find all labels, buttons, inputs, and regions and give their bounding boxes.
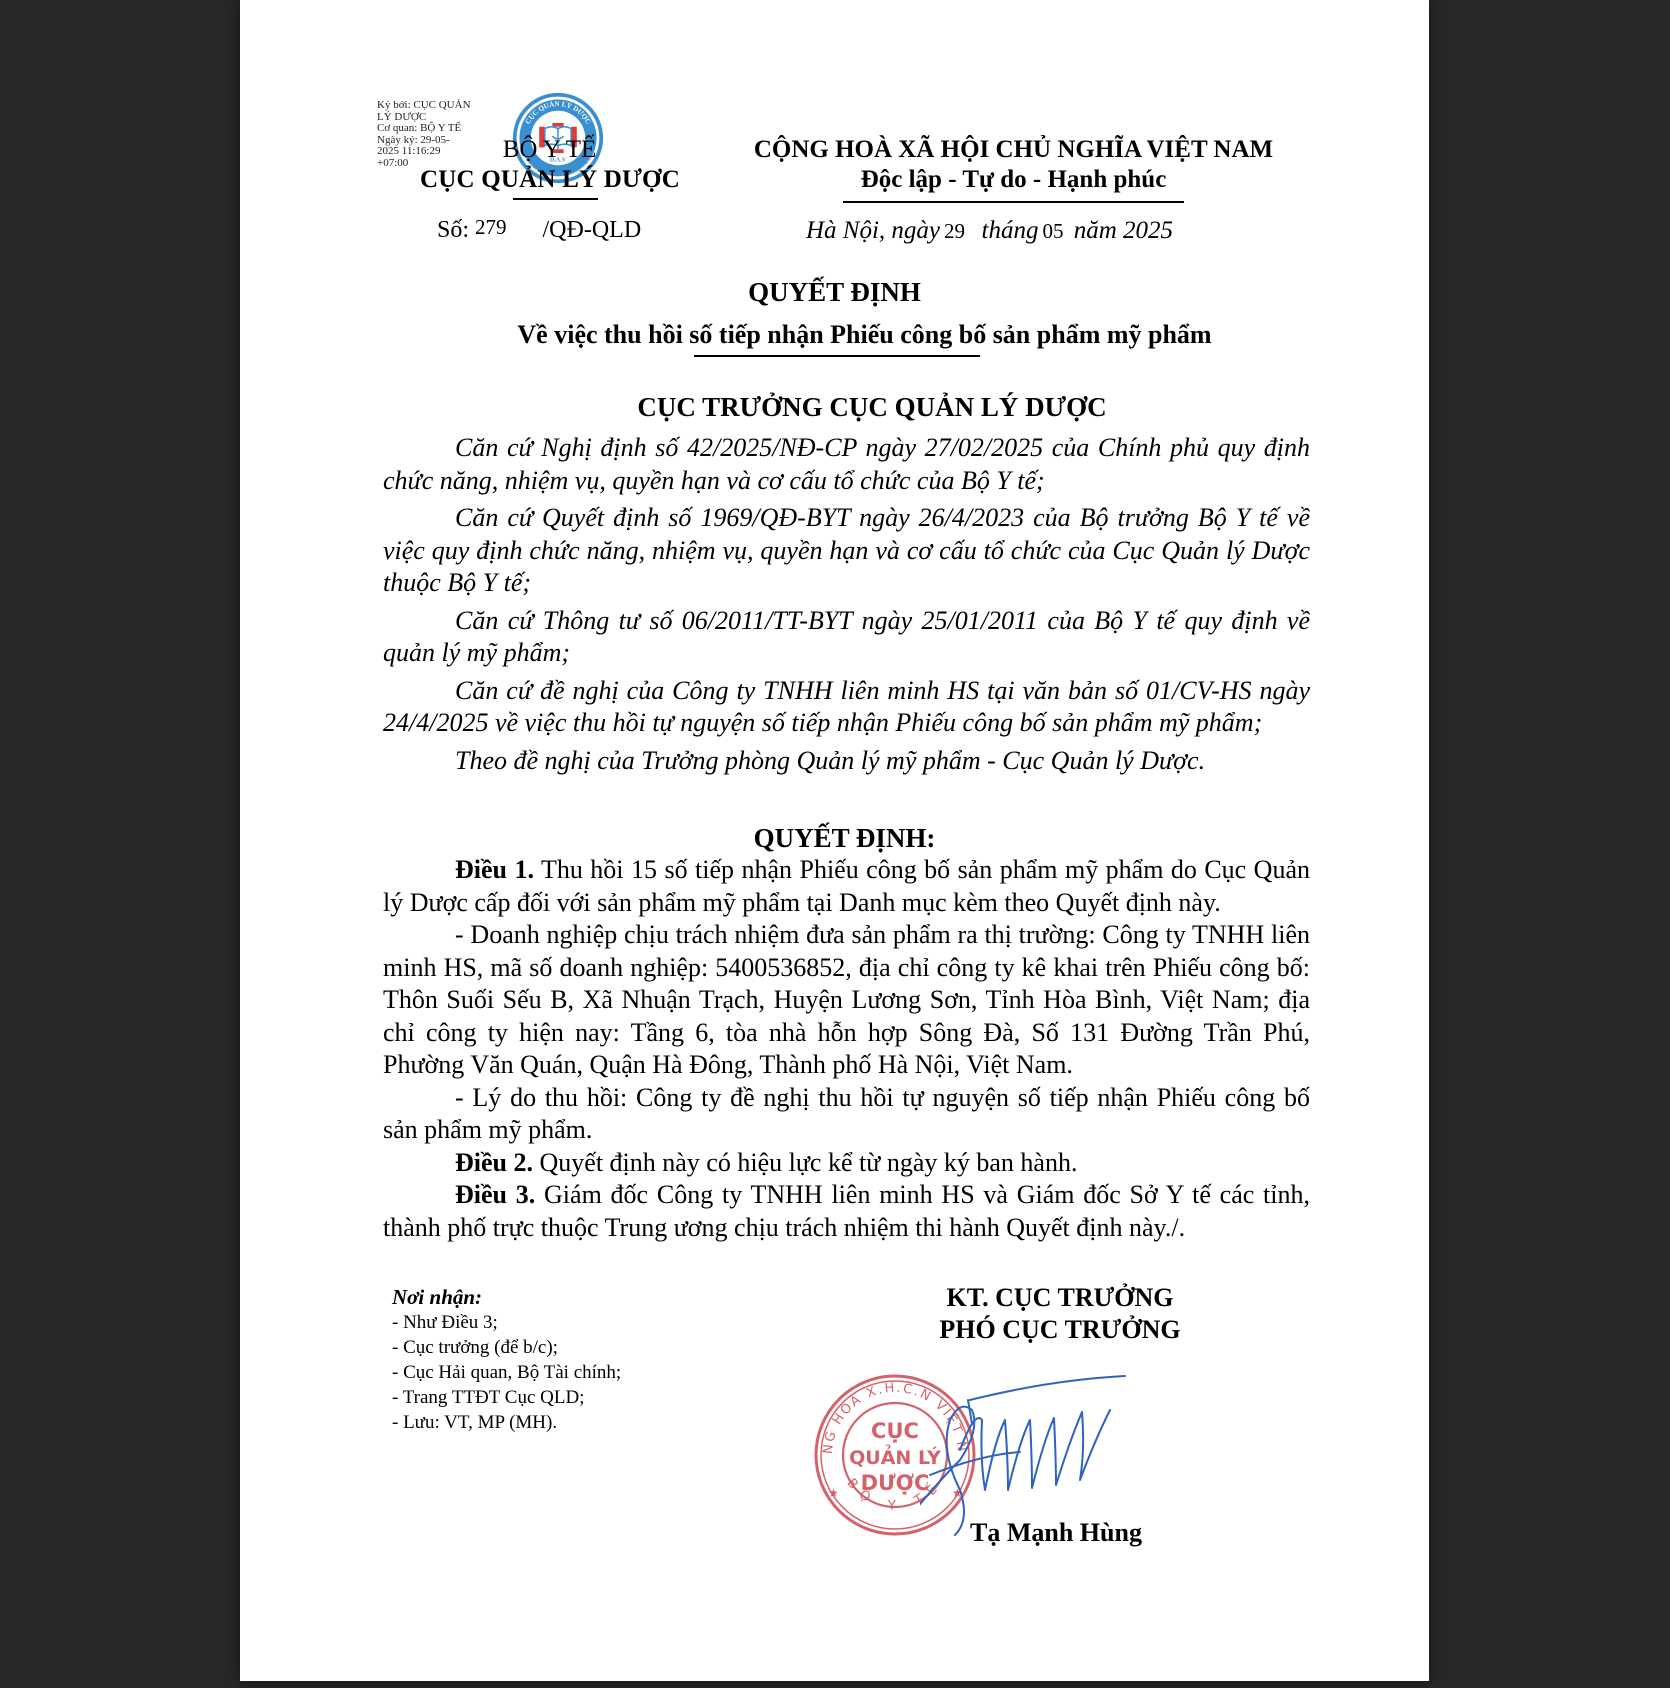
document-title: QUYẾT ĐỊNH (240, 277, 1429, 308)
article-text: Quyết định này có hiệu lực kể từ ngày ký… (533, 1148, 1077, 1177)
article-1-reason: - Lý do thu hồi: Công ty đề nghị thu hồi… (383, 1082, 1310, 1147)
preamble-item: Căn cứ đề nghị của Công ty TNHH liên min… (383, 675, 1310, 740)
svg-text:★: ★ (828, 1486, 839, 1500)
article-label: Điều 2. (455, 1148, 533, 1177)
recipients: Nơi nhận: - Như Điều 3; - Cục trưởng (để… (392, 1285, 621, 1435)
article-text: - Doanh nghiệp chịu trách nhiệm đưa sản … (383, 920, 1310, 1079)
article-label: Điều 3. (455, 1180, 535, 1209)
signer-line-1: KT. CỤC TRƯỞNG (880, 1282, 1240, 1314)
preamble-item: Căn cứ Nghị định số 42/2025/NĐ-CP ngày 2… (383, 432, 1310, 497)
article-label: Điều 1. (455, 855, 534, 884)
document-subject: Về việc thu hồi số tiếp nhận Phiếu công … (240, 320, 1429, 350)
date-year: năm 2025 (1074, 217, 1173, 244)
document-page: CỤC QUẢN LÝ DƯỢC DRUG ADMINISTRATION OF … (240, 0, 1429, 1681)
subject-text: Về việc thu hồi số tiếp nhận Phiếu công … (517, 320, 1211, 349)
handwritten-signature-icon (920, 1360, 1150, 1540)
articles: Điều 1. Thu hồi 15 số tiếp nhận Phiếu cô… (383, 854, 1310, 1244)
article-1-company: - Doanh nghiệp chịu trách nhiệm đưa sản … (383, 919, 1310, 1082)
subject-underline (694, 355, 980, 357)
signer-name: Tạ Mạnh Hùng (970, 1518, 1142, 1548)
article-3: Điều 3. Giám đốc Công ty TNHH liên minh … (383, 1179, 1310, 1244)
number-label: Số: (437, 217, 469, 243)
issue-date: Hà Nội, ngày29 tháng05 năm 2025 (806, 217, 1173, 245)
recipients-heading: Nơi nhận: (392, 1285, 621, 1310)
article-text: - Lý do thu hồi: Công ty đề nghị thu hồi… (383, 1083, 1310, 1145)
recipient-item: - Cục Hải quan, Bộ Tài chính; (392, 1360, 621, 1385)
svg-text:CỤC: CỤC (871, 1419, 919, 1443)
issuing-authority: CỤC TRƯỞNG CỤC QUẢN LÝ DƯỢC (240, 392, 1429, 423)
ministry-name: BỘ Y TẾ (417, 136, 682, 164)
signer-line-2: PHÓ CỤC TRƯỞNG (880, 1314, 1240, 1346)
recipient-item: - Như Điều 3; (392, 1310, 621, 1335)
motto-underline (843, 201, 1184, 203)
department-name: CỤC QUẢN LÝ DƯỢC (410, 166, 690, 194)
country-name: CỘNG HOÀ XÃ HỘI CHỦ NGHĨA VIỆT NAM (743, 136, 1284, 164)
article-1: Điều 1. Thu hồi 15 số tiếp nhận Phiếu cô… (383, 854, 1310, 919)
preamble-item: Căn cứ Quyết định số 1969/QĐ-BYT ngày 26… (383, 502, 1310, 600)
date-day: 29 (944, 219, 965, 243)
number-suffix: /QĐ-QLD (543, 217, 642, 243)
decision-heading: QUYẾT ĐỊNH: (240, 823, 1429, 854)
preamble-item: Theo đề nghị của Trưởng phòng Quản lý mỹ… (383, 745, 1310, 778)
preamble: Căn cứ Nghị định số 42/2025/NĐ-CP ngày 2… (383, 432, 1310, 777)
department-underline (513, 198, 598, 200)
recipient-item: - Cục trưởng (để b/c); (392, 1335, 621, 1360)
recipient-item: - Lưu: VT, MP (MH). (392, 1410, 621, 1435)
signer-title: KT. CỤC TRƯỞNG PHÓ CỤC TRƯỞNG (880, 1282, 1240, 1346)
number-value: 279 (475, 215, 507, 239)
date-place: Hà Nội, ngày (806, 217, 940, 244)
date-month: 05 (1042, 219, 1063, 243)
date-month-label: tháng (982, 217, 1039, 244)
recipient-item: - Trang TTĐT Cục QLD; (392, 1385, 621, 1410)
document-number: Số:279/QĐ-QLD (437, 217, 641, 244)
preamble-item: Căn cứ Thông tư số 06/2011/TT-BYT ngày 2… (383, 605, 1310, 670)
national-motto: Độc lập - Tự do - Hạnh phúc (743, 166, 1284, 194)
article-2: Điều 2. Quyết định này có hiệu lực kể từ… (383, 1147, 1310, 1180)
